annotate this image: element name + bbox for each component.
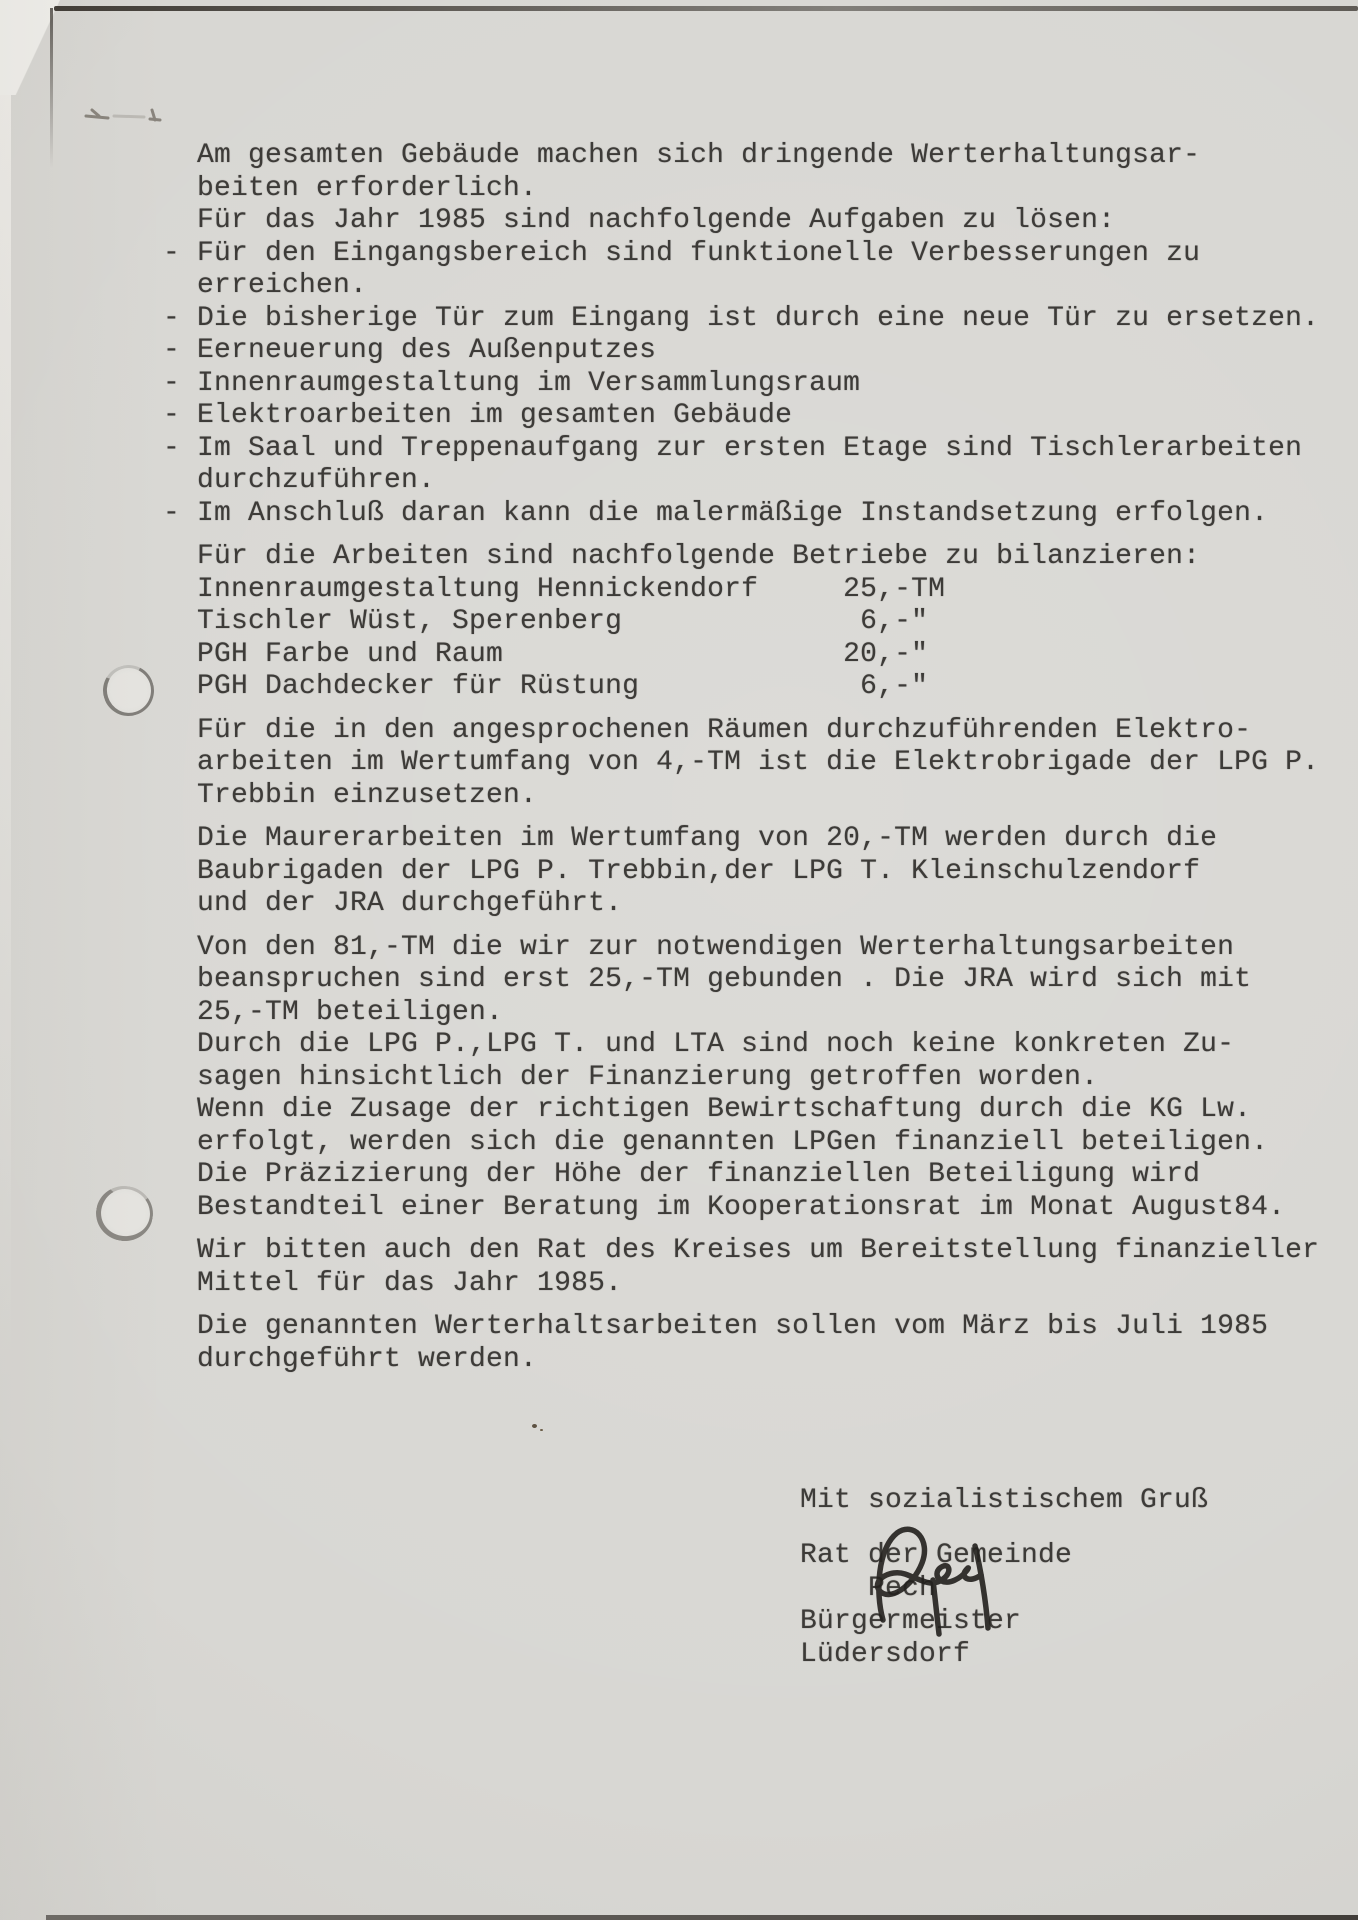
handwritten-signature	[845, 1518, 1070, 1643]
text-line: Bestandteil einer Beratung im Kooperatio…	[163, 1192, 1319, 1225]
text-line: - Elektroarbeiten im gesamten Gebäude	[163, 400, 1319, 433]
text-line: Die Maurerarbeiten im Wertumfang von 20,…	[163, 823, 1319, 856]
text-line: arbeiten im Wertumfang von 4,-TM ist die…	[163, 747, 1319, 780]
text-line: Für die in den angesprochenen Räumen dur…	[163, 715, 1319, 748]
text-line: Tischler Wüst, Sperenberg 6,-"	[163, 606, 1319, 639]
closing-salute: Mit sozialistischem Gruß	[800, 1484, 1208, 1517]
text-line: 25,-TM beteiligen.	[163, 997, 1319, 1030]
text-line: Wir bitten auch den Rat des Kreises um B…	[163, 1235, 1319, 1268]
paragraph: Für die in den angesprochenen Räumen dur…	[163, 715, 1319, 813]
text-line: Baubrigaden der LPG P. Trebbin,der LPG T…	[163, 856, 1319, 889]
ink-speck	[532, 1424, 537, 1428]
text-line: beanspruchen sind erst 25,-TM gebunden .…	[163, 964, 1319, 997]
text-line: Trebbin einzusetzen.	[163, 780, 1319, 813]
text-line: erfolgt, werden sich die genannten LPGen…	[163, 1127, 1319, 1160]
text-line: - Die bisherige Tür zum Eingang ist durc…	[163, 303, 1319, 336]
document-body: Am gesamten Gebäude machen sich dringend…	[163, 140, 1319, 1387]
scan-edge-bottom	[46, 1915, 1358, 1920]
text-line: Für die Arbeiten sind nachfolgende Betri…	[163, 541, 1319, 574]
text-line: Von den 81,-TM die wir zur notwendigen W…	[163, 932, 1319, 965]
text-line: sagen hinsichtlich der Finanzierung getr…	[163, 1062, 1319, 1095]
text-line: Am gesamten Gebäude machen sich dringend…	[163, 140, 1319, 173]
paragraph: Am gesamten Gebäude machen sich dringend…	[163, 140, 1319, 530]
text-line: - Im Saal und Treppenaufgang zur ersten …	[163, 433, 1319, 466]
text-line: - Eerneuerung des Außenputzes	[163, 335, 1319, 368]
text-line: - Für den Eingangsbereich sind funktione…	[163, 238, 1319, 271]
text-line: und der JRA durchgeführt.	[163, 888, 1319, 921]
scanned-page: Am gesamten Gebäude machen sich dringend…	[0, 0, 1358, 1920]
punch-hole	[96, 658, 160, 722]
text-line: Für das Jahr 1985 sind nachfolgende Aufg…	[163, 205, 1319, 238]
paragraph: Die Maurerarbeiten im Wertumfang von 20,…	[163, 823, 1319, 921]
text-line: beiten erforderlich.	[163, 173, 1319, 206]
paragraph: Die genannten Werterhaltsarbeiten sollen…	[163, 1311, 1319, 1376]
text-line: Wenn die Zusage der richtigen Bewirtscha…	[163, 1094, 1319, 1127]
smudge-mark	[80, 86, 220, 130]
text-line: Mittel für das Jahr 1985.	[163, 1268, 1319, 1301]
text-line: Die Präzizierung der Höhe der finanziell…	[163, 1159, 1319, 1192]
text-line: Die genannten Werterhaltsarbeiten sollen…	[163, 1311, 1319, 1344]
text-line: Durch die LPG P.,LPG T. und LTA sind noc…	[163, 1029, 1319, 1062]
text-line: PGH Dachdecker für Rüstung 6,-"	[163, 671, 1319, 704]
text-line: PGH Farbe und Raum 20,-"	[163, 639, 1319, 672]
text-line: durchgeführt werden.	[163, 1344, 1319, 1377]
paragraph: Wir bitten auch den Rat des Kreises um B…	[163, 1235, 1319, 1300]
text-line: - Im Anschluß daran kann die malermäßige…	[163, 498, 1319, 531]
text-line: Innenraumgestaltung Hennickendorf 25,-TM	[163, 574, 1319, 607]
text-line: durchzuführen.	[163, 465, 1319, 498]
paragraph: Für die Arbeiten sind nachfolgende Betri…	[163, 541, 1319, 704]
punch-hole	[92, 1181, 158, 1245]
paragraph: Von den 81,-TM die wir zur notwendigen W…	[163, 932, 1319, 1225]
page-corner	[0, 0, 70, 95]
text-line: - Innenraumgestaltung im Versammlungsrau…	[163, 368, 1319, 401]
scan-edge-top	[54, 6, 1358, 11]
text-line: erreichen.	[163, 270, 1319, 303]
scan-left-margin	[0, 0, 11, 1382]
scan-edge-left	[50, 8, 53, 168]
